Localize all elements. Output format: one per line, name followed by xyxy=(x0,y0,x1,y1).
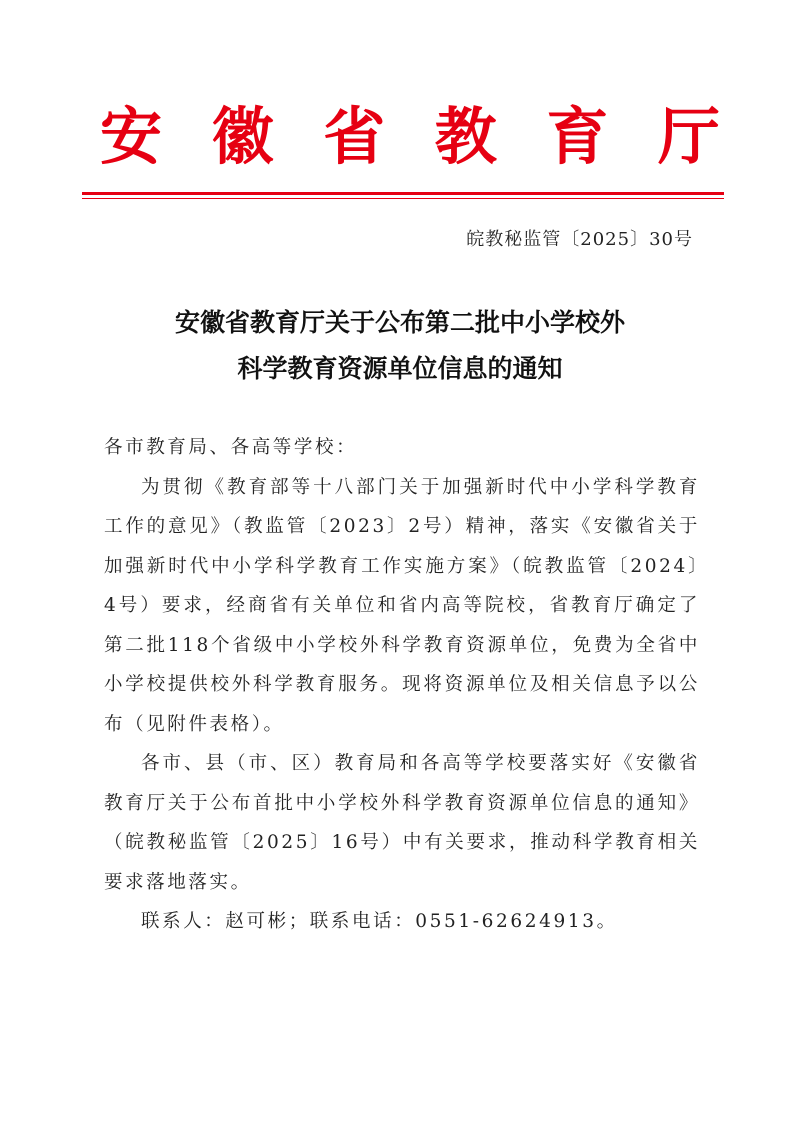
title-line-2: 科学教育资源单位信息的通知 xyxy=(90,346,710,392)
contact-info: 联系人：赵可彬；联系电话：0551-62624913。 xyxy=(104,902,700,942)
masthead-char: 育 xyxy=(546,98,608,176)
title-line-1: 安徽省教育厅关于公布第二批中小学校外 xyxy=(90,300,710,346)
masthead-char: 徽 xyxy=(212,98,274,176)
masthead-char: 安 xyxy=(100,98,162,176)
paragraph-2: 各市、县（市、区）教育局和各高等学校要落实好《安徽省教育厅关于公布首批中小学校外… xyxy=(104,744,700,902)
masthead-char: 厅 xyxy=(658,98,720,176)
paragraph-1: 为贯彻《教育部等十八部门关于加强新时代中小学科学教育工作的意见》（教监管〔202… xyxy=(104,468,700,745)
masthead-title: 安 徽 省 教 育 厅 xyxy=(100,98,720,176)
salutation: 各市教育局、各高等学校： xyxy=(104,428,700,468)
masthead-char: 教 xyxy=(435,98,497,176)
document-body: 各市教育局、各高等学校： 为贯彻《教育部等十八部门关于加强新时代中小学科学教育工… xyxy=(104,428,700,942)
document-number: 皖教秘监管〔2025〕30号 xyxy=(466,225,693,251)
masthead-char: 省 xyxy=(323,98,385,176)
document-title: 安徽省教育厅关于公布第二批中小学校外 科学教育资源单位信息的通知 xyxy=(90,300,710,392)
masthead-divider-thick xyxy=(82,192,724,195)
masthead-divider-thin xyxy=(82,198,724,199)
